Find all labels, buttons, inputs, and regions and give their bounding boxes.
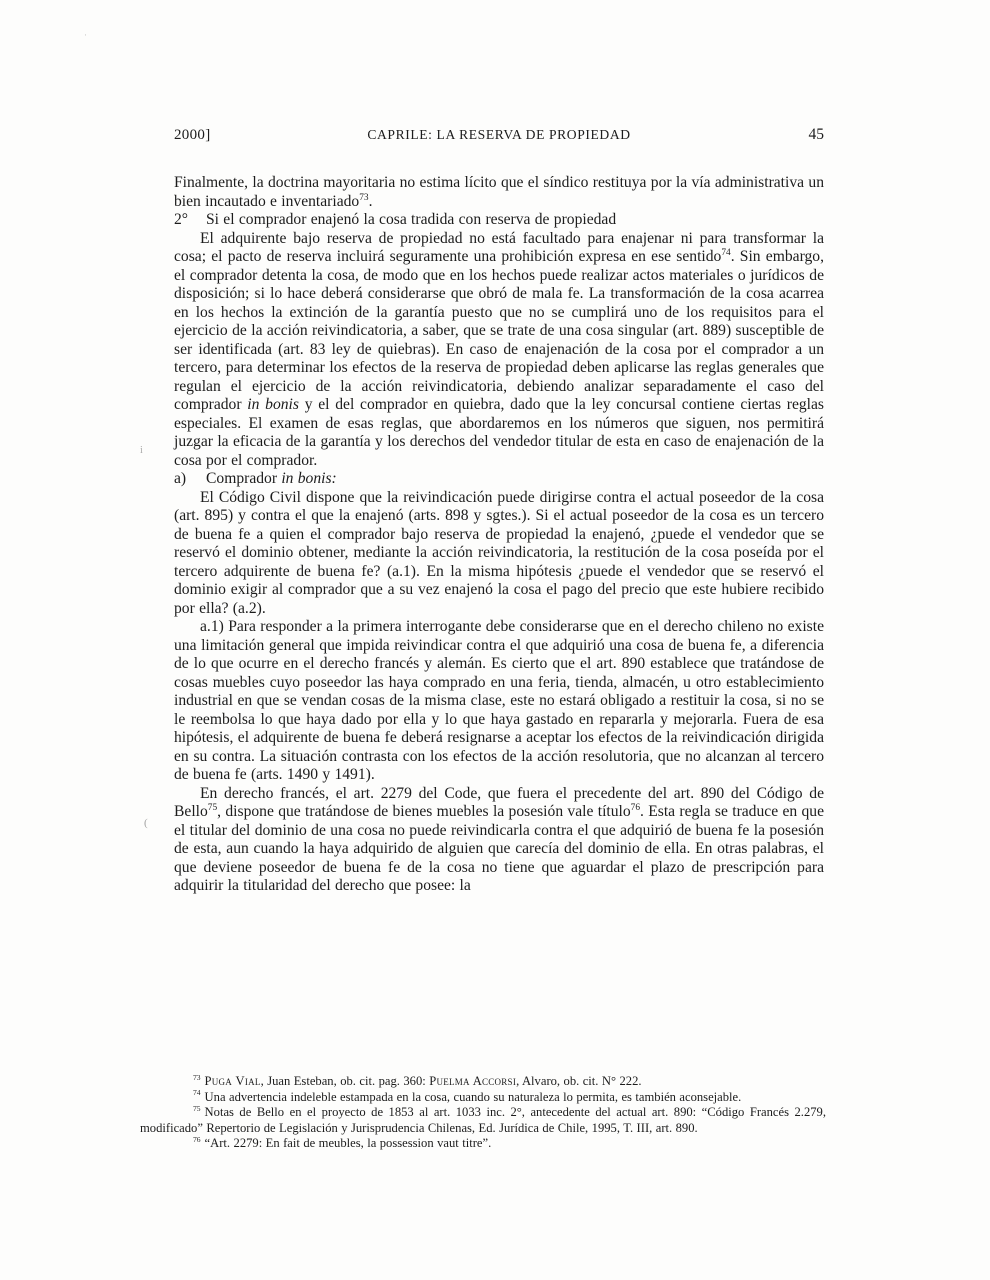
paragraph-codigo-civil: El Código Civil dispone que la reivindic… xyxy=(174,489,824,619)
text-segment: Finalmente, la doctrina mayoritaria no e… xyxy=(174,174,824,210)
text-segment: Una advertencia indeleble estampada en l… xyxy=(205,1090,742,1104)
text-segment: , Juan Esteban, ob. cit. pag. 360: xyxy=(261,1074,430,1088)
scan-artifact: ( xyxy=(144,818,148,828)
header-title: CAPRILE: LA RESERVA DE PROPIEDAD xyxy=(294,127,704,143)
footnote-75-marker: 75 xyxy=(193,1104,201,1113)
text-segment: . xyxy=(369,193,373,210)
text-block: Finalmente, la doctrina mayoritaria no e… xyxy=(174,174,824,896)
text-segment: . Sin embargo, el comprador detenta la c… xyxy=(174,248,824,413)
footnote-reference: 73 xyxy=(359,192,368,202)
footnote-reference: 74 xyxy=(721,248,730,258)
text-segment: Puelma Accorsi xyxy=(429,1074,516,1088)
paragraph-a1-derecho-chileno: a.1) Para responder a la primera interro… xyxy=(174,618,824,785)
text-segment: “Art. 2279: En fait de meubles, la posse… xyxy=(205,1136,492,1150)
header-year: 2000] xyxy=(174,127,294,144)
heading-comprador-in-bonis-label: a) xyxy=(174,470,206,489)
footnote-reference: 75 xyxy=(208,803,217,813)
footnote-75: 75Notas de Bello en el proyecto de 1853 … xyxy=(140,1105,826,1136)
text-segment: , Alvaro, ob. cit. N° 222. xyxy=(516,1074,641,1088)
scan-artifact: i xyxy=(140,446,143,456)
footnote-74-marker: 74 xyxy=(193,1088,201,1097)
text-segment: in bonis: xyxy=(281,470,336,487)
footnote-76: 76“Art. 2279: En fait de meubles, la pos… xyxy=(140,1136,826,1152)
text-segment: Comprador xyxy=(206,470,281,487)
footnote-73-marker: 73 xyxy=(193,1073,201,1082)
footnote-74: 74Una advertencia indeleble estampada en… xyxy=(140,1090,826,1106)
footnotes: 73Puga Vial, Juan Esteban, ob. cit. pag.… xyxy=(140,1074,826,1152)
paragraph-derecho-frances: En derecho francés, el art. 2279 del Cod… xyxy=(174,785,824,896)
text-segment: a.1) Para responder a la primera interro… xyxy=(174,618,824,783)
text-segment: in bonis xyxy=(247,396,299,413)
text-segment: Si el comprador enajenó la cosa tradida … xyxy=(206,211,616,228)
heading-section-2: 2°Si el comprador enajenó la cosa tradid… xyxy=(174,211,824,230)
heading-comprador-in-bonis: a)Comprador in bonis: xyxy=(174,470,824,489)
paragraph-adquirente: El adquirente bajo reserva de propiedad … xyxy=(174,230,824,471)
text-segment: , dispone que tratándose de bienes muebl… xyxy=(217,803,631,820)
footnote-76-marker: 76 xyxy=(193,1135,201,1144)
footnote-73: 73Puga Vial, Juan Esteban, ob. cit. pag.… xyxy=(140,1074,826,1090)
text-segment: Notas de Bello en el proyecto de 1853 al… xyxy=(140,1105,826,1135)
running-header: 2000] CAPRILE: LA RESERVA DE PROPIEDAD 4… xyxy=(174,126,824,144)
heading-section-2-label: 2° xyxy=(174,211,206,230)
paragraph-finalmente: Finalmente, la doctrina mayoritaria no e… xyxy=(174,174,824,211)
scan-artifact: · xyxy=(84,30,87,40)
header-page-number: 45 xyxy=(704,126,824,144)
text-segment: Puga Vial xyxy=(205,1074,261,1088)
text-segment: El Código Civil dispone que la reivindic… xyxy=(174,489,824,617)
page: 2000] CAPRILE: LA RESERVA DE PROPIEDAD 4… xyxy=(0,0,990,1280)
footnote-reference: 76 xyxy=(631,803,640,813)
